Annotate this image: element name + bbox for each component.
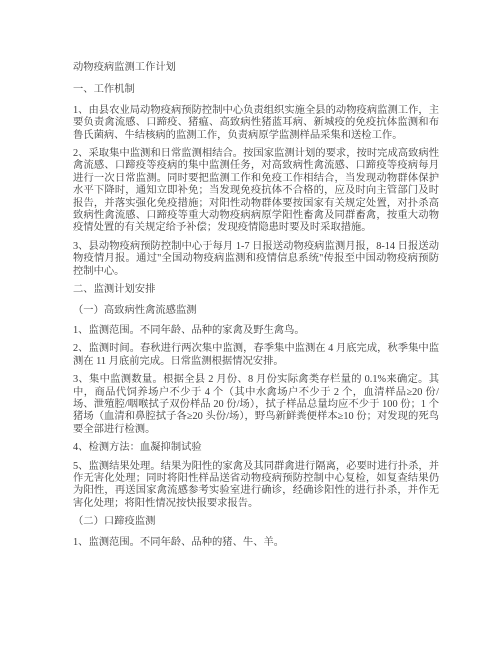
paragraph-work-mechanism-item-1: 1、由县农业局动物疫病预防控制中心负责组织实施全县的动物疫病监测工作，主要负责禽… <box>73 105 439 142</box>
section-heading-monitoring-plan: 二、监测计划安排 <box>73 284 439 296</box>
document-body: 动物疫病监测工作计划 一、工作机制 1、由县农业局动物疫病预防控制中心负责组织实… <box>73 62 439 555</box>
document-title: 动物疫病监测工作计划 <box>73 62 439 74</box>
paragraph-ai-monitoring-scope: 1、监测范围。不同年龄、品种的家禽及野生禽鸟。 <box>73 325 439 337</box>
paragraph-ai-result-handling: 5、监测结果处理。结果为阳性的家禽及其同群禽进行隔离，必要时进行扑杀，并作无害化… <box>73 461 439 511</box>
paragraph-ai-detection-method: 4、检测方法：血凝抑制试验 <box>73 442 439 454</box>
paragraph-work-mechanism-item-3: 3、县动物疫病预防控制中心于每月 1-7 日报送动物疫病监测月报，8-14 日报… <box>73 241 439 278</box>
document-page: 动物疫病监测工作计划 一、工作机制 1、由县农业局动物疫病预防控制中心负责组织实… <box>0 0 500 647</box>
section-heading-work-mechanism: 一、工作机制 <box>73 84 439 96</box>
paragraph-fmd-monitoring-scope: 1、监测范围。不同年龄、品种的猪、牛、羊。 <box>73 537 439 549</box>
paragraph-ai-monitoring-quantity: 3、集中监测数量。根据全县 2 月份、8 月份实际禽类存栏量的 0.1%来确定。… <box>73 374 439 436</box>
paragraph-work-mechanism-item-2: 2、采取集中监测和日常监测相结合。按国家监测计划的要求，按时完成高致病性禽流感、… <box>73 148 439 235</box>
subsection-heading-fmd: （二）口蹄疫监测 <box>73 516 439 528</box>
subsection-heading-avian-influenza: （一）高致病性禽流感监测 <box>73 305 439 317</box>
paragraph-ai-monitoring-time: 2、监测时间。春秋进行两次集中监测，春季集中监测在 4 月底完成，秋季集中监测在… <box>73 343 439 368</box>
